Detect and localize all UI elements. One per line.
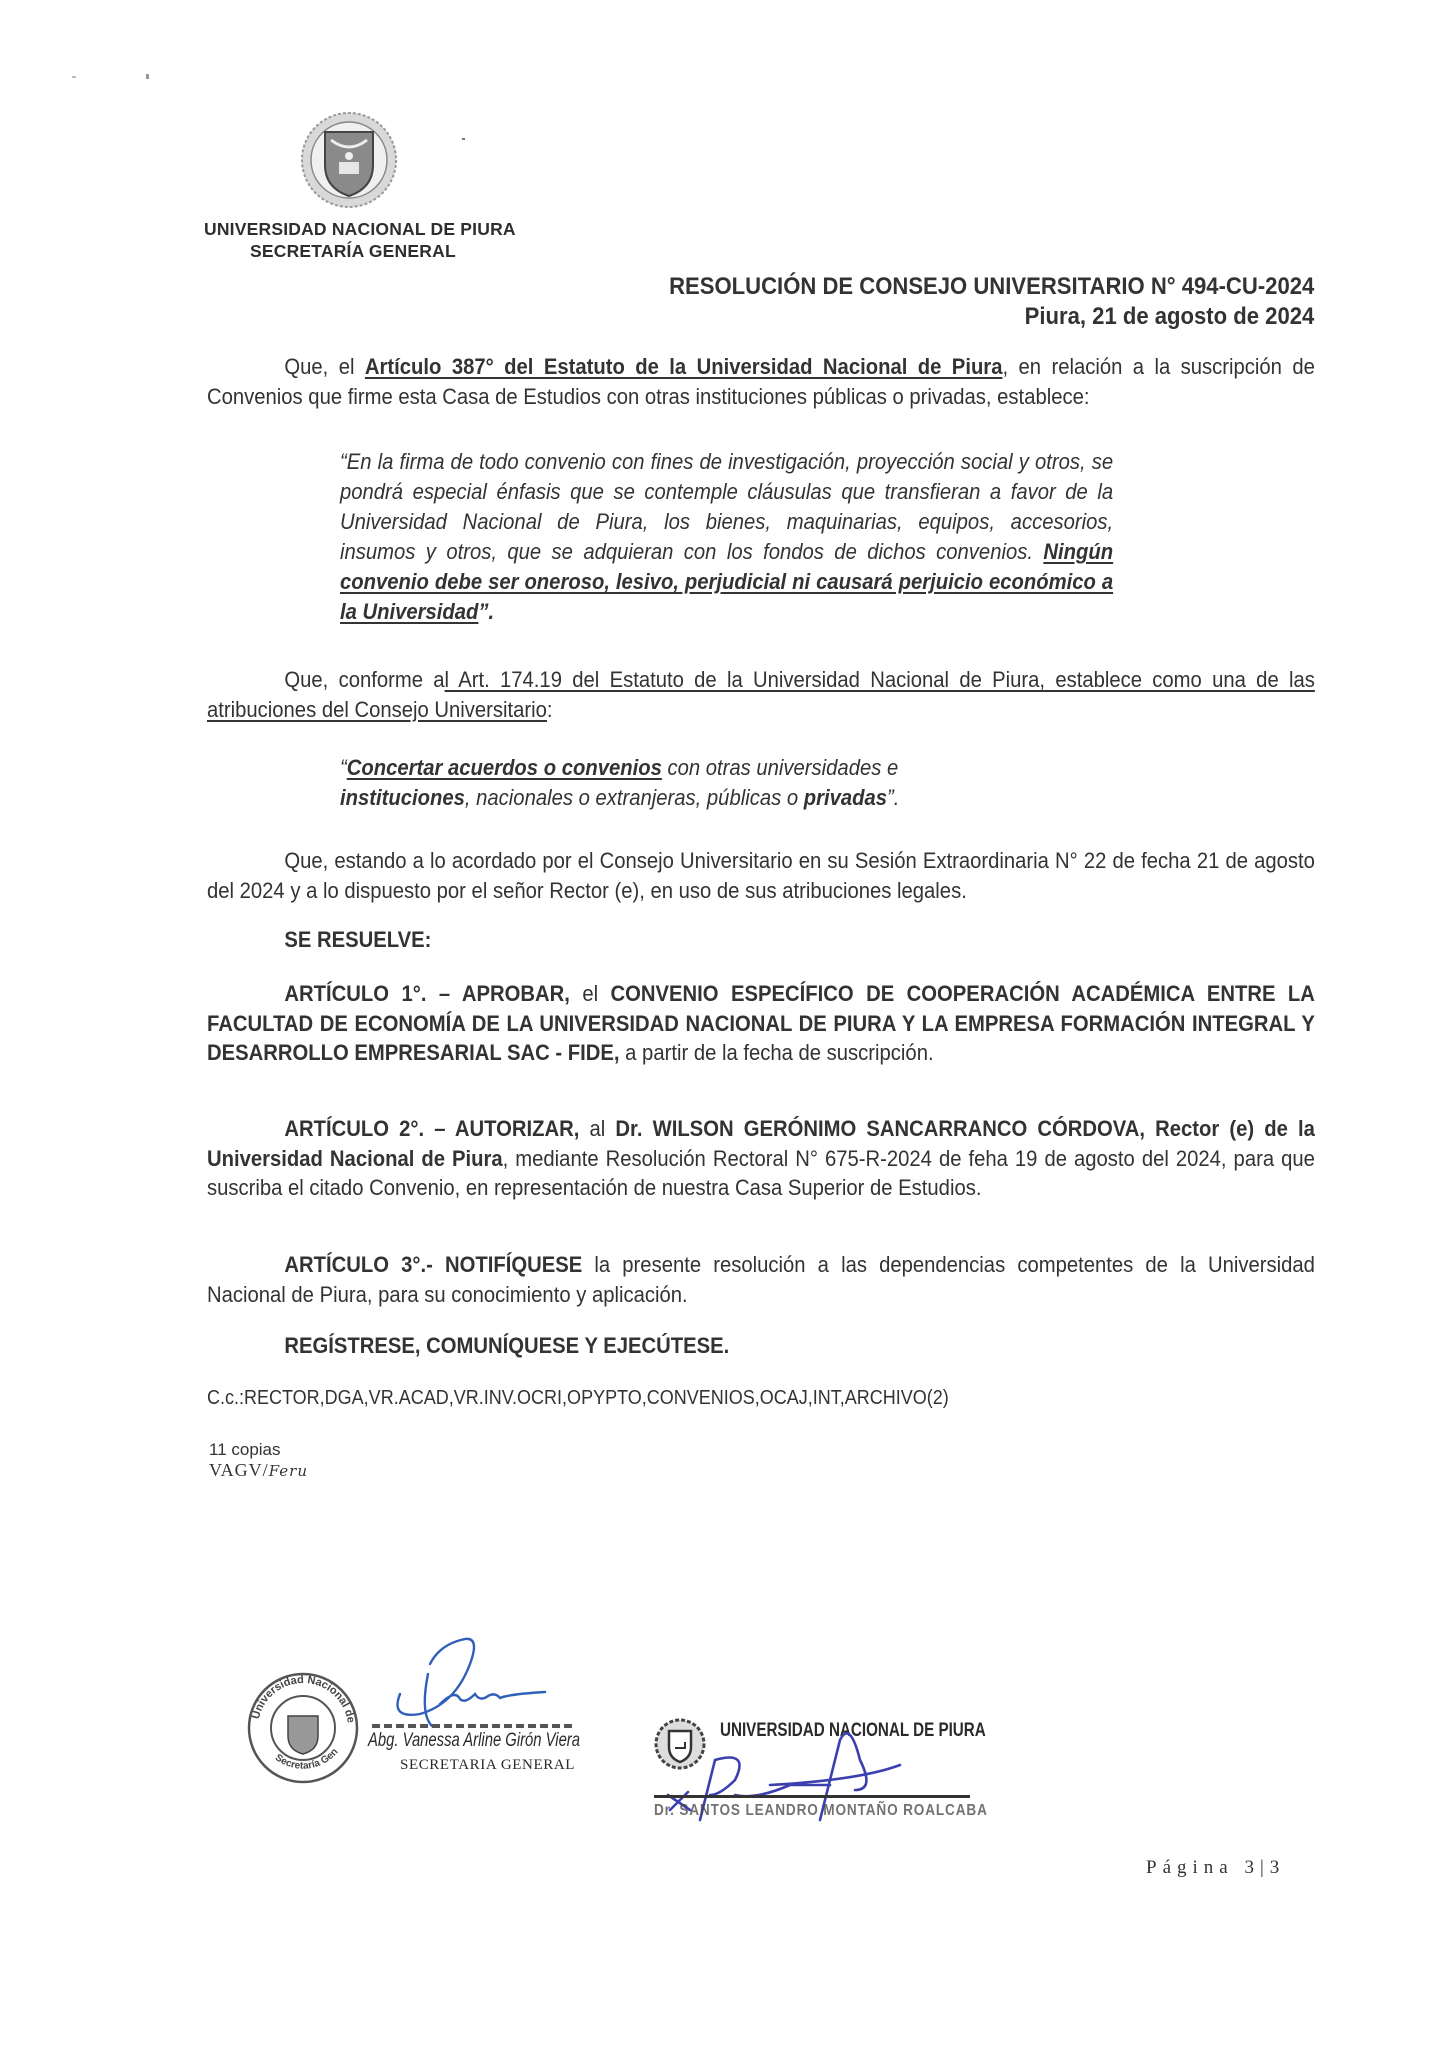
- se-resuelve-text: SE RESUELVE:: [207, 925, 1315, 955]
- text-span: a partir de la fecha de suscripción.: [620, 1040, 934, 1065]
- rector-name: Dr. SANTOS LEANDRO MONTAÑO ROALCABA: [654, 1802, 988, 1820]
- text-span: Que, el: [284, 354, 365, 379]
- university-seal-icon: [295, 110, 403, 210]
- secretary-name: Abg. Vanessa Arline Girón Viera: [368, 1730, 580, 1752]
- document-page: UNIVERSIDAD NACIONAL DE PIURA SECRETARÍA…: [0, 0, 1448, 2048]
- closing-formula: REGÍSTRESE, COMUNÍQUESE Y EJECÚTESE.: [207, 1331, 1315, 1361]
- quote-emphasis: instituciones: [340, 785, 465, 810]
- quote-emphasis: privadas: [804, 785, 887, 810]
- text-span: ”.: [887, 785, 899, 810]
- articulo-2: ARTÍCULO 2°. – AUTORIZAR, al Dr. WILSON …: [207, 1114, 1315, 1203]
- secretary-title: SECRETARIA GENERAL: [400, 1757, 575, 1774]
- initials-script: Feru: [269, 1462, 308, 1480]
- scan-speck: [72, 76, 76, 78]
- text-span: al: [579, 1116, 615, 1141]
- considerando-2: Que, conforme al Art. 174.19 del Estatut…: [207, 665, 1315, 724]
- text-span: con otras universidades e: [662, 755, 898, 780]
- carbon-copy: C.c.:RECTOR,DGA,VR.ACAD,VR.INV.OCRI,OPYP…: [207, 1384, 1315, 1414]
- page-number: Página 3|3: [1146, 1857, 1285, 1879]
- articulo-1: ARTÍCULO 1°. – APROBAR, el CONVENIO ESPE…: [207, 979, 1315, 1068]
- secretary-stamp-icon: Universidad Nacional de Piura Secretaría…: [244, 1672, 362, 1784]
- department-name: SECRETARÍA GENERAL: [204, 240, 516, 262]
- place-date: Piura, 21 de agosto de 2024: [669, 302, 1314, 332]
- closing-text: REGÍSTRESE, COMUNÍQUESE Y EJECÚTESE.: [207, 1331, 1315, 1361]
- statute-reference: Artículo 387° del Estatuto de la Univers…: [365, 354, 1003, 379]
- secretary-signature-icon: [370, 1634, 570, 1734]
- rector-signature-line: [654, 1795, 970, 1798]
- copies-count: 11 copias: [209, 1440, 281, 1460]
- se-resuelve-heading: SE RESUELVE:: [207, 925, 1315, 955]
- initials: VAGV/Feru: [209, 1460, 308, 1481]
- text-span: , nacionales o extranjeras, públicas o: [465, 785, 804, 810]
- statute-quote-387: “En la firma de todo convenio con fines …: [340, 447, 1113, 627]
- considerando-3: Que, estando a lo acordado por el Consej…: [207, 846, 1315, 905]
- considerando-3-text: Que, estando a lo acordado por el Consej…: [207, 846, 1315, 905]
- quote-end: ”.: [478, 599, 494, 624]
- cc-text: C.c.:RECTOR,DGA,VR.ACAD,VR.INV.OCRI,OPYP…: [207, 1384, 1315, 1414]
- article-label: ARTÍCULO 1°. – APROBAR,: [284, 981, 569, 1006]
- institution-header: UNIVERSIDAD NACIONAL DE PIURA SECRETARÍA…: [204, 218, 516, 262]
- scan-speck: [146, 74, 149, 79]
- resolution-title: RESOLUCIÓN DE CONSEJO UNIVERSITARIO N° 4…: [669, 272, 1314, 302]
- scan-speck: [462, 138, 465, 140]
- text-span: “: [340, 755, 347, 780]
- initials-text: VAGV/: [209, 1460, 269, 1480]
- statute-quote-174: “Concertar acuerdos o convenios con otra…: [340, 753, 1330, 813]
- quote-text: “En la firma de todo convenio con fines …: [340, 449, 1113, 564]
- articulo-3: ARTÍCULO 3°.- NOTIFÍQUESE la presente re…: [207, 1250, 1315, 1309]
- text-span: :: [547, 697, 553, 722]
- article-label: ARTÍCULO 3°.- NOTIFÍQUESE: [284, 1252, 582, 1277]
- quote-emphasis: Concertar acuerdos o convenios: [347, 755, 662, 780]
- article-label: ARTÍCULO 2°. – AUTORIZAR,: [284, 1116, 579, 1141]
- institution-name: UNIVERSIDAD NACIONAL DE PIURA: [204, 218, 516, 240]
- text-span: Que, conforme a: [284, 667, 444, 692]
- signature-line: [372, 1724, 572, 1728]
- considerando-1: Que, el Artículo 387° del Estatuto de la…: [207, 352, 1315, 411]
- text-span: el: [570, 981, 611, 1006]
- resolution-header: RESOLUCIÓN DE CONSEJO UNIVERSITARIO N° 4…: [669, 272, 1314, 332]
